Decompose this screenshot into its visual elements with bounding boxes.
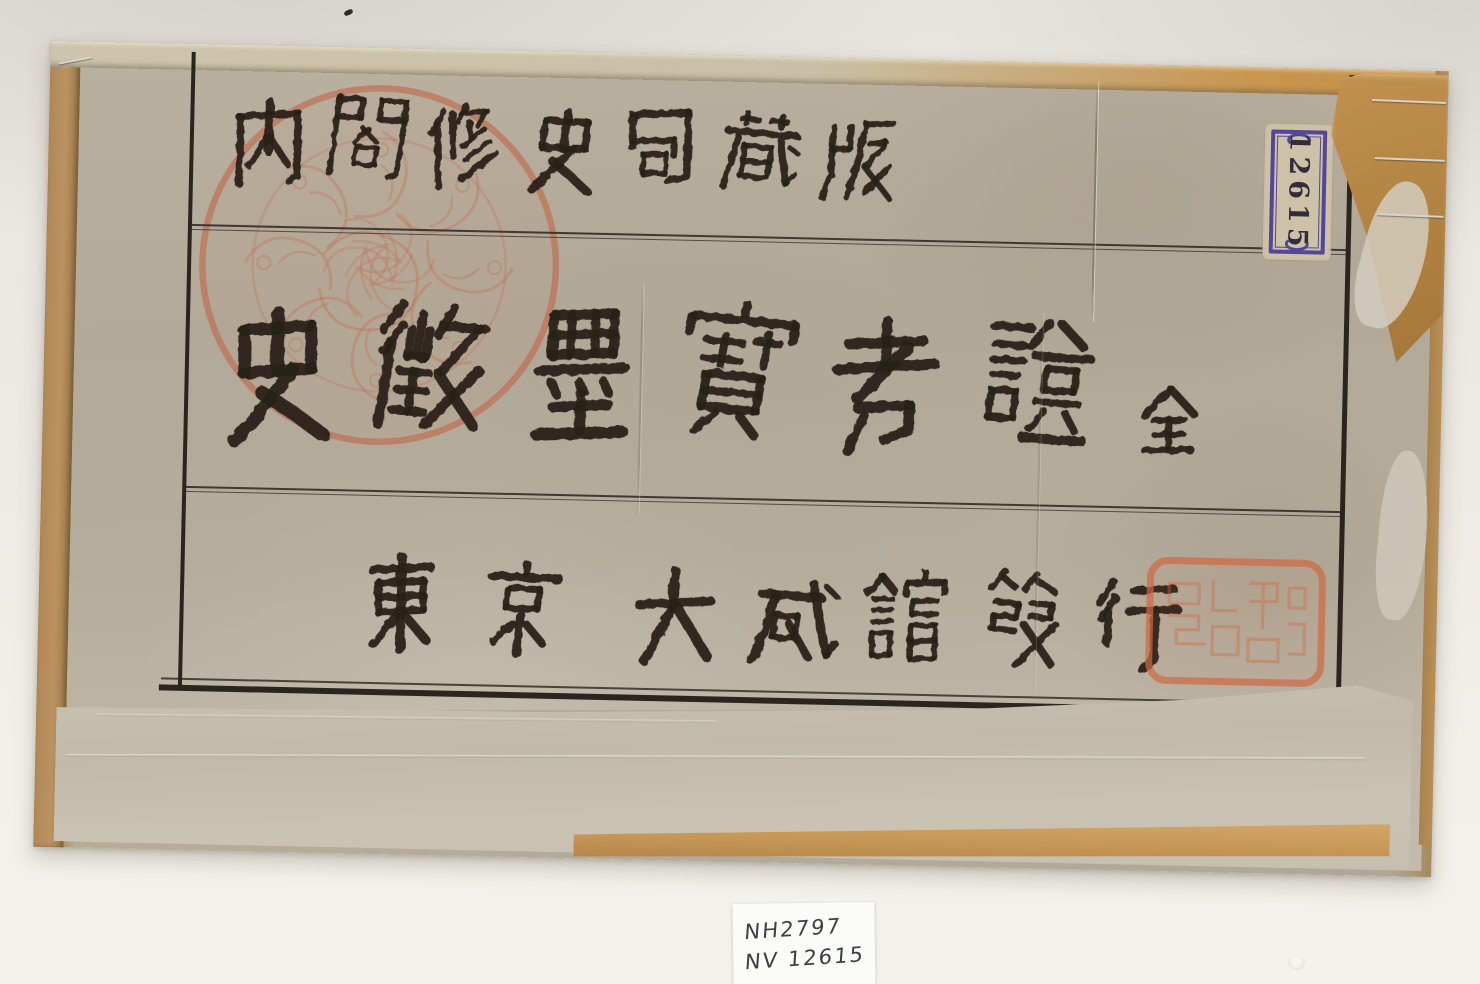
kanji-glyph [342,285,518,453]
kanji-glyph [503,300,661,461]
imprint-city-text [343,549,585,670]
kanji-glyph [312,87,422,193]
catalog-sticker: NH2797 NV 12615 [732,902,875,984]
dust-speck [343,8,353,16]
imprint-publisher-text [617,559,1194,688]
kanji-glyph [457,556,583,678]
book-cover: 12615 [33,41,1448,877]
photo-backdrop: 12615 NH2797 NV 12615 [0,0,1480,984]
kanji-glyph [508,104,616,209]
kanji-glyph [201,299,353,465]
kanji-glyph [617,560,731,682]
kanji-glyph [954,562,1084,687]
accession-number: 12615 [1281,132,1315,252]
kanji-glyph [611,99,711,202]
kanji-glyph [220,93,318,198]
kanji-glyph [808,311,963,475]
kanji-glyph [725,567,853,690]
kanji-glyph [806,116,908,217]
volume-mark [1124,382,1214,476]
kanji-glyph [703,104,815,212]
accession-label: 12615 [1265,125,1332,258]
kanji-glyph [1123,382,1215,477]
kanji-glyph [845,569,964,687]
kanji-glyph [416,94,513,202]
kanji-glyph [343,548,457,670]
title-text [200,290,1115,466]
header-text [220,89,908,204]
adhesive-dot [1288,955,1305,970]
square-seal-stamp [1143,555,1328,689]
kanji-glyph [644,293,823,463]
